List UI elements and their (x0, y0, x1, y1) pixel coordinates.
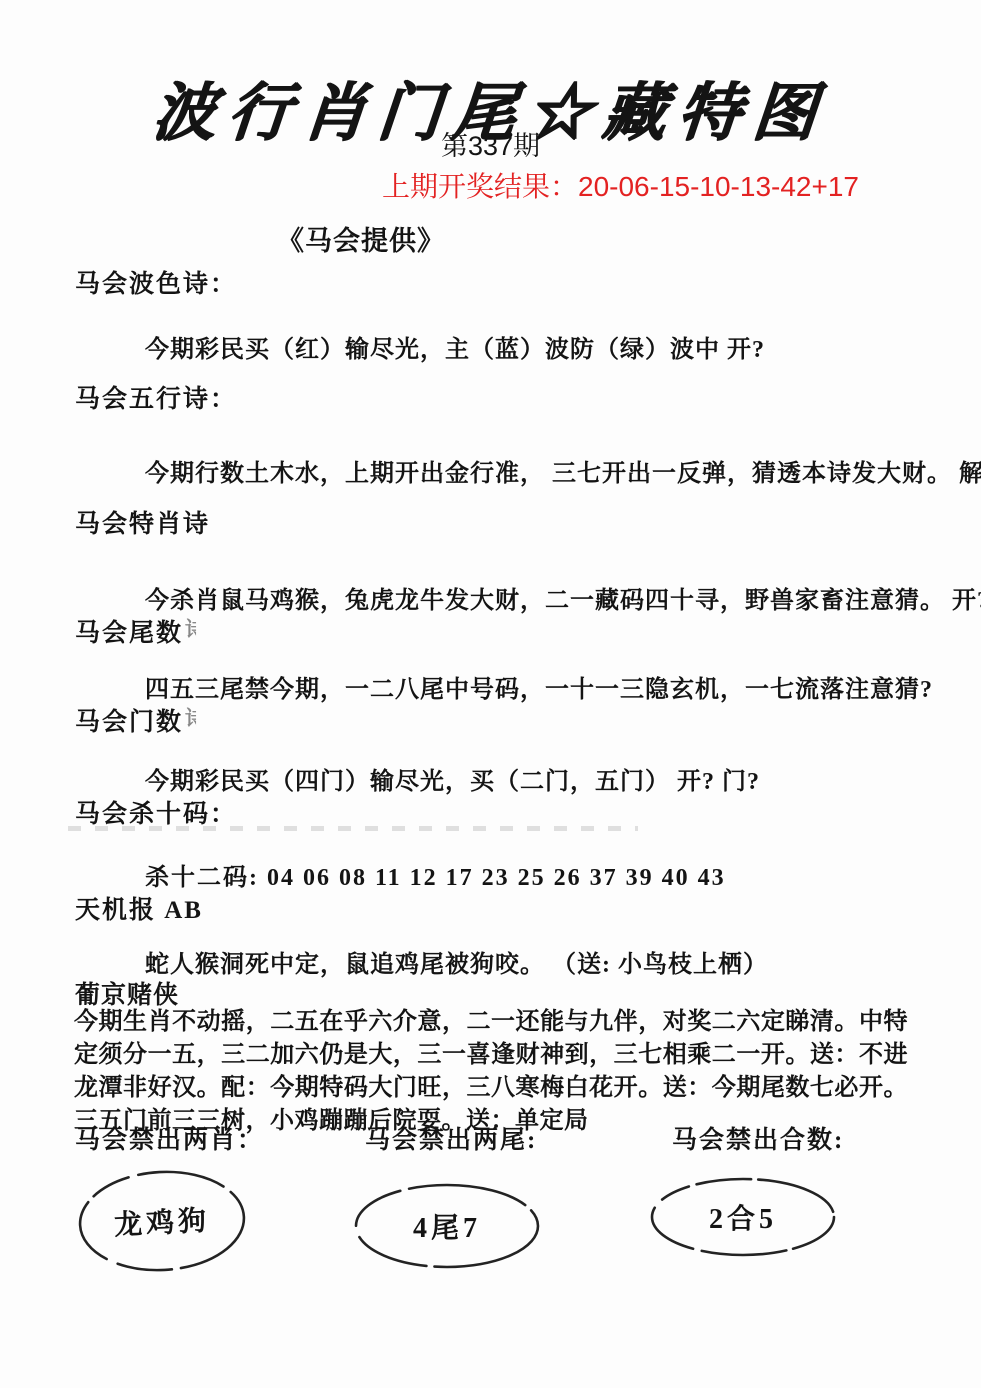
forbid-zodiac-oval: 龙鸡狗 (73, 1164, 250, 1279)
tip-sheet-page: 波行肖门尾☆藏特图 第337期 上期开奖结果：20-06-15-10-13-42… (0, 0, 981, 1388)
previous-draw-result: 上期开奖结果：20-06-15-10-13-42+17 (382, 165, 859, 205)
poem-bose: 今期彩民买（红）输尽光，主（蓝）波防（绿）波中 开? (145, 329, 765, 364)
section-label-texiao: 马会特肖诗 (75, 504, 210, 540)
forbid-zodiac-label: 马会禁出两肖： (75, 1120, 264, 1156)
section-label-bose: 马会波色诗： (75, 264, 237, 300)
ghost-text-artifact (68, 826, 638, 831)
section-label-shama: 马会杀十码： (75, 794, 237, 830)
faded-character: 诗 (185, 702, 208, 733)
kill-codes-line: 杀十二码: 04 06 08 11 12 17 23 25 26 37 39 4… (145, 857, 726, 892)
forbid-zodiac-value: 龙鸡狗 (73, 1164, 250, 1279)
forbid-sum-value: 2合5 (648, 1176, 838, 1258)
section-label-wuxing: 马会五行诗： (75, 379, 237, 415)
section-label-weishu: 马会尾数诗 (75, 613, 210, 649)
pujing-paragraph: 今期生肖不动摇，二五在乎六介意，二一还能与九伴，对奖二六定睇清。中特定须分一五，… (74, 1006, 908, 1138)
poem-tianji: 蛇人猴洞死中定，鼠追鸡尾被狗咬。 （送: 小鸟枝上栖） (145, 944, 768, 979)
forbid-sum-label: 马会禁出合数: (672, 1120, 844, 1156)
forbid-tails-label: 马会禁出两尾: (365, 1120, 537, 1156)
forbid-sum-oval: 2合5 (648, 1176, 838, 1258)
section-label-menshu: 马会门数诗 (75, 702, 210, 738)
issue-number: 第337期 (0, 124, 981, 163)
poem-menshu: 今期彩民买（四门）输尽光，买（二门，五门） 开? 门? (145, 761, 760, 796)
poem-wuxing: 今期行数土木水，上期开出金行准， 三七开出一反弹，猜透本诗发大财。 解（?） (145, 453, 981, 488)
poem-texiao: 今杀肖鼠马鸡猴，兔虎龙牛发大财，二一藏码四十寻，野兽家畜注意猜。 开? (145, 580, 981, 615)
forbid-tails-value: 4尾7 (352, 1182, 542, 1270)
provider-heading: 《马会提供》 (277, 219, 445, 258)
poem-weishu: 四五三尾禁今期，一二八尾中号码，一十一三隐玄机，一七流落注意猜? (145, 669, 933, 704)
section-label-tianji: 天机报 AB (75, 890, 203, 926)
faded-character: 诗 (185, 613, 208, 644)
forbid-tails-oval: 4尾7 (352, 1182, 542, 1270)
